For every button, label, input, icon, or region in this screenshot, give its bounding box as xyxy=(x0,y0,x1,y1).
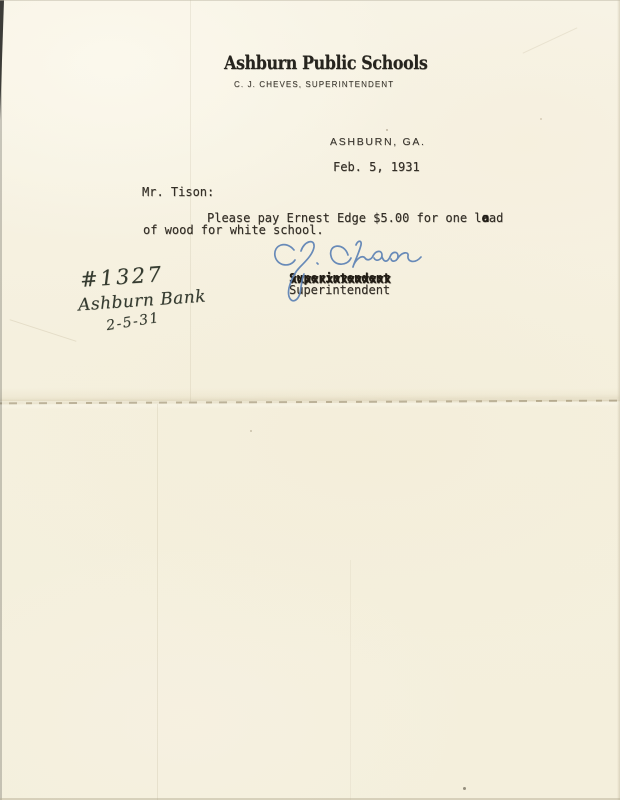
vertical-crease-faint xyxy=(350,560,351,800)
scan-edge-left xyxy=(0,0,2,800)
typed-date: Feb. 5, 1931 xyxy=(333,161,420,173)
handwritten-bank-name: Ashburn Bank xyxy=(77,287,206,316)
typed-salutation: Mr. Tison: xyxy=(142,186,214,198)
diagonal-crease-topright xyxy=(523,27,578,53)
fold-shadow xyxy=(0,388,620,401)
handwritten-date: 2-5-31 xyxy=(105,310,161,334)
letterhead-place-line: ASHBURN, GA. xyxy=(330,136,426,148)
diagonal-crease-left xyxy=(10,319,77,342)
paper-speck xyxy=(540,118,542,120)
scanned-letter: Ashburn Public Schools C. J. CHEVES, SUP… xyxy=(0,0,620,800)
scan-edge-top xyxy=(0,0,620,1)
letterhead-school-name: Ashburn Public Schools xyxy=(224,52,409,74)
body-line1-post: ad xyxy=(489,211,503,225)
paper-speck xyxy=(463,787,466,790)
paper-speck xyxy=(250,430,252,432)
handwritten-check-number: #1327 xyxy=(79,262,164,292)
vertical-crease-upper xyxy=(190,0,191,402)
cj-cheves-signature xyxy=(266,236,436,314)
scan-edge-left-dark-wedge xyxy=(0,0,4,120)
vertical-crease-lower xyxy=(157,404,158,800)
typed-body-line-2: of wood for white school. xyxy=(143,224,324,236)
paper-speck xyxy=(386,129,388,131)
overstruck-character: oa xyxy=(482,212,489,224)
letterhead-superintendent-line: C. J. CHEVES, SUPERINTENDENT xyxy=(234,80,434,89)
